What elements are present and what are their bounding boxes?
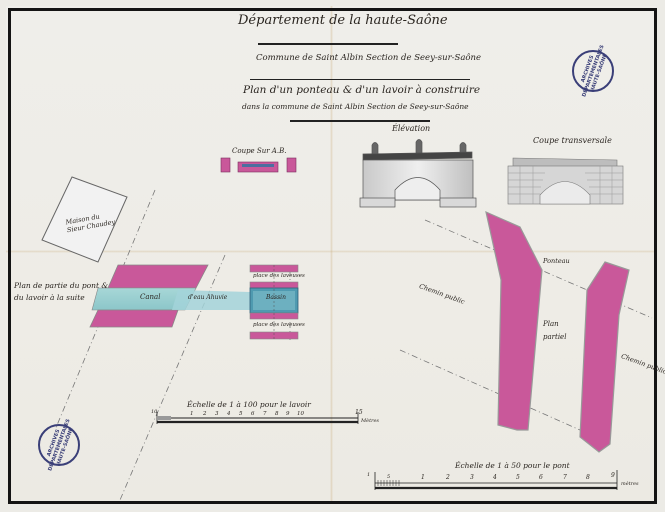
tick: 1 <box>367 472 370 478</box>
label-basin: Bassin <box>266 294 286 301</box>
tick: 2 <box>203 411 207 417</box>
scale-lavoir-title: Échelle de 1 à 100 pour le lavoir <box>187 400 311 409</box>
tick: 10 <box>151 409 157 415</box>
label-canal: Canal <box>140 293 160 301</box>
scale-lavoir-ticks: 10 1 2 3 4 5 6 7 8 9 10 15 <box>157 411 362 419</box>
tick: 9 <box>286 411 290 417</box>
drawing-canvas <box>0 0 665 512</box>
label-elevation: Élévation <box>392 124 430 133</box>
tick: 3 <box>470 474 474 481</box>
section-ab-drawing <box>221 158 296 172</box>
tick: 6 <box>251 411 255 417</box>
tick: 1 <box>421 474 425 481</box>
scale-pont-title: Échelle de 1 à 50 pour le pont <box>455 461 570 470</box>
tick: 4 <box>493 474 497 481</box>
elevation-drawing <box>360 140 476 208</box>
tick: 3 <box>215 411 219 417</box>
label-section-ab: Coupe Sur A.B. <box>232 147 286 155</box>
label-ponteau: Ponteau <box>543 257 570 265</box>
tick: 8 <box>586 474 590 481</box>
tick: 5 <box>387 474 390 480</box>
label-water-channel: d'eau Ahuvie <box>188 294 227 301</box>
label-washing-place-top: place des laveuses <box>253 273 305 279</box>
scale-pont-ticks: 1 5 1 2 3 4 5 6 7 8 9 <box>375 474 620 482</box>
scale-lavoir-unit: Mètres <box>361 418 379 424</box>
tick: 10 <box>297 411 304 417</box>
tick: 4 <box>227 411 231 417</box>
construction-lines <box>55 190 652 500</box>
transverse-section-drawing <box>508 158 623 204</box>
scale-pont-unit: mètres <box>621 481 639 487</box>
tick: 8 <box>275 411 279 417</box>
tick: 1 <box>190 411 194 417</box>
tick: 15 <box>355 409 363 416</box>
tick: 5 <box>516 474 520 481</box>
tick: 2 <box>446 474 450 481</box>
label-site-plan: Plan de partie du pont & du lavoir à la … <box>14 280 119 304</box>
tick: 9 <box>611 472 615 479</box>
tick: 5 <box>239 411 243 417</box>
document-sheet: Département de la haute-Saône Commune de… <box>0 0 665 512</box>
label-bridge-plan: Plan partiel <box>543 318 571 344</box>
label-washing-place-bottom: place des laveuses <box>253 322 305 328</box>
tick: 7 <box>563 474 567 481</box>
label-transverse-section: Coupe transversale <box>533 136 612 145</box>
tick: 7 <box>263 411 267 417</box>
tick: 6 <box>539 474 543 481</box>
